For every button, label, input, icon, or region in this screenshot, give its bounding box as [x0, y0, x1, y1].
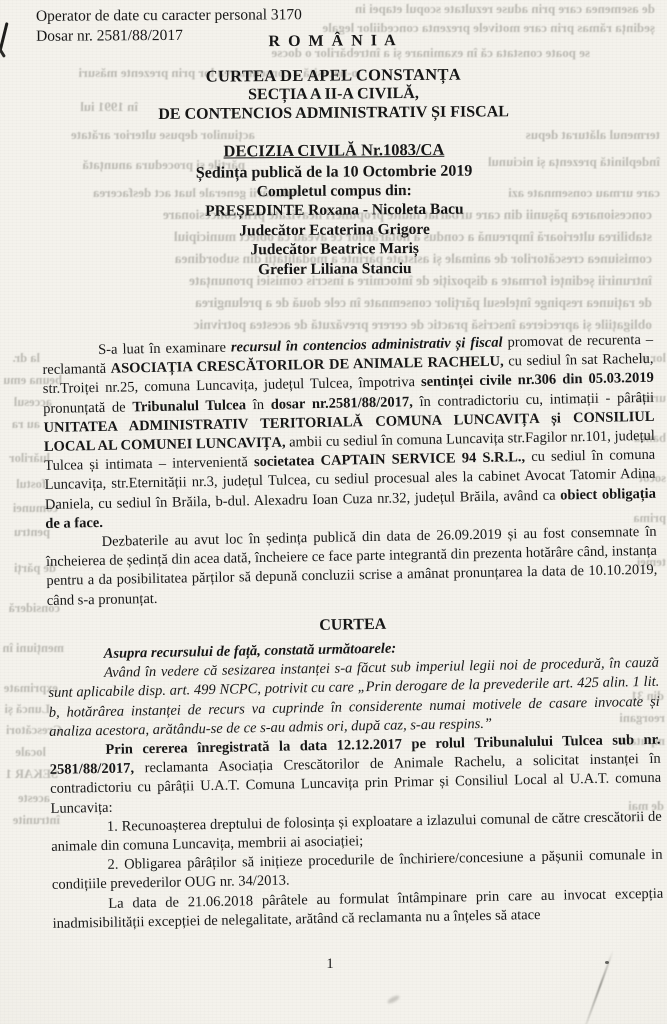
paragraph-procedure-law: Având în vedere că sesizarea instanței s… [48, 654, 660, 742]
bleedthrough-line: au ra [0, 418, 40, 432]
paragraph-examination: S-a luat în examinare recursul în conten… [42, 331, 656, 534]
bleedthrough-line: de rațiunea respinge înțelesul părților … [20, 296, 652, 311]
text-run: societatea CAPTAIN SERVICE 94 S.R.L., [254, 449, 525, 470]
bleedthrough-line: de asemenea care prin aduse rezultate sc… [300, 2, 655, 16]
bleedthrough-line: la dr. [0, 352, 40, 366]
paragraph-debates: Dezbaterile au avut loc în ședința publi… [46, 523, 658, 611]
decision-number-title: DECIZIA CIVILĂ Nr.1083/CA [34, 138, 634, 162]
text-run: sentinței civile nr.306 din 05.03.2019 [421, 370, 654, 390]
country-title: R O M Â N I A [33, 29, 633, 53]
text-run: dosar nr.2581/88/2017, [271, 394, 413, 413]
text-run: în [246, 396, 271, 412]
text-run: pronunțată de [43, 399, 132, 417]
bleedthrough-line: obligațiile și aprecierea înscrisă pract… [20, 318, 652, 333]
paragraph-claim-registration: Prin cererea înregistrată la data 12.12.… [49, 731, 661, 819]
text-run: în contradictoriu cu, intimații - pârâți… [413, 389, 655, 409]
panel-member-list: PREȘEDINTE Roxana - Nicoleta BacuJudecăt… [34, 198, 635, 281]
text-run: Dezbaterile au avut loc în ședința publi… [46, 524, 658, 609]
bleedthrough-line: aceste [0, 792, 50, 806]
text-run: Având în vedere că sesizarea instanței s… [48, 655, 660, 740]
text-run: S-a luat în examinare [98, 340, 231, 358]
bleedthrough-line: luărilor [0, 452, 50, 466]
section-line-2: DE CONTENCIOS ADMINISTRATIV ȘI FISCAL [34, 101, 634, 125]
bleedthrough-line: pentru [0, 526, 50, 540]
bleedthrough-line: fostul [0, 478, 46, 492]
decision-body: S-a luat în examinare recursul în conten… [42, 331, 664, 934]
scanned-page: de asemenea care prin aduse rezultate sc… [0, 0, 667, 1024]
page-number: 1 [0, 956, 660, 973]
bleedthrough-line: locale [0, 746, 46, 760]
operator-line: Operator de date cu caracter personal 31… [36, 5, 302, 26]
court-heading: CURTEA [47, 610, 658, 640]
bleedthrough-line: Luncă și [0, 703, 50, 717]
court-header: R O M Â N I A CURTEA DE APEL CONSTANȚA S… [33, 29, 635, 281]
text-run: reclamanta Asociația Crescătorilor de An… [50, 751, 661, 817]
ink-dot-artifact [605, 961, 609, 964]
text-run: Tribunalul Tulcea [132, 397, 246, 415]
text-run: recursul în contencios administrativ și … [231, 335, 503, 356]
